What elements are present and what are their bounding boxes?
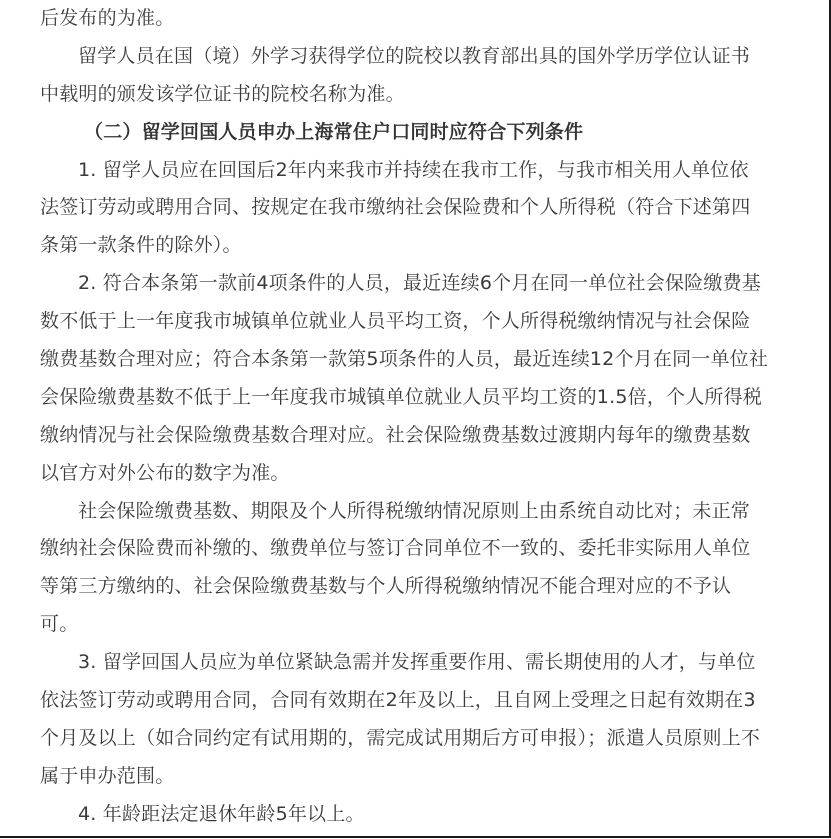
text-line: 缴纳情况与社会保险缴费基数合理对应。社会保险缴费基数过渡期内每年的缴费基数: [40, 417, 800, 455]
document-body: 后发布的为准。 留学人员在国（境）外学习获得学位的院校以教育部出具的国外学历学位…: [40, 0, 800, 834]
text-line: 后发布的为准。: [40, 0, 800, 38]
text-line: 以官方对外公布的数字为准。: [40, 455, 800, 493]
text-line: 个月及以上（如合同约定有试用期的，需完成试用期后方可申报）；派遣人员原则上不: [40, 720, 800, 758]
document-page: 后发布的为准。 留学人员在国（境）外学习获得学位的院校以教育部出具的国外学历学位…: [0, 0, 831, 838]
text-line: 缴纳社会保险费而补缴的、缴费单位与签订合同单位不一致的、委托非实际用人单位: [40, 530, 800, 568]
text-line: 数不低于上一年度我市城镇单位就业人员平均工资，个人所得税缴纳情况与社会保险: [40, 303, 800, 341]
text-line: 1. 留学人员应在回国后2年内来我市并持续在我市工作，与我市相关用人单位依: [40, 152, 800, 190]
text-line: 2. 符合本条第一款前4项条件的人员，最近连续6个月在同一单位社会保险缴费基: [40, 265, 800, 303]
text-line: 依法签订劳动或聘用合同，合同有效期在2年及以上，且自网上受理之日起有效期在3: [40, 682, 800, 720]
text-line: 会保险缴费基数不低于上一年度我市城镇单位就业人员平均工资的1.5倍，个人所得税: [40, 379, 800, 417]
section-heading: （二）留学回国人员申办上海常住户口同时应符合下列条件: [40, 114, 800, 152]
text-line: 3. 留学回国人员应为单位紧缺急需并发挥重要作用、需长期使用的人才，与单位: [40, 644, 800, 682]
text-line: 中载明的颁发该学位证书的院校名称为准。: [40, 76, 800, 114]
text-line: 可。: [40, 606, 800, 644]
text-line: 社会保险缴费基数、期限及个人所得税缴纳情况原则上由系统自动比对；未正常: [40, 493, 800, 531]
text-line: 法签订劳动或聘用合同、按规定在我市缴纳社会保险费和个人所得税（符合下述第四: [40, 189, 800, 227]
text-line: 条第一款条件的除外）。: [40, 227, 800, 265]
text-line: 4. 年龄距法定退休年龄5年以上。: [40, 796, 800, 834]
text-line: 等第三方缴纳的、社会保险缴费基数与个人所得税缴纳情况不能合理对应的不予认: [40, 568, 800, 606]
text-line: 属于申办范围。: [40, 758, 800, 796]
text-line: 留学人员在国（境）外学习获得学位的院校以教育部出具的国外学历学位认证书: [40, 38, 800, 76]
text-line: 缴费基数合理对应；符合本条第一款第5项条件的人员，最近连续12个月在同一单位社: [40, 341, 800, 379]
